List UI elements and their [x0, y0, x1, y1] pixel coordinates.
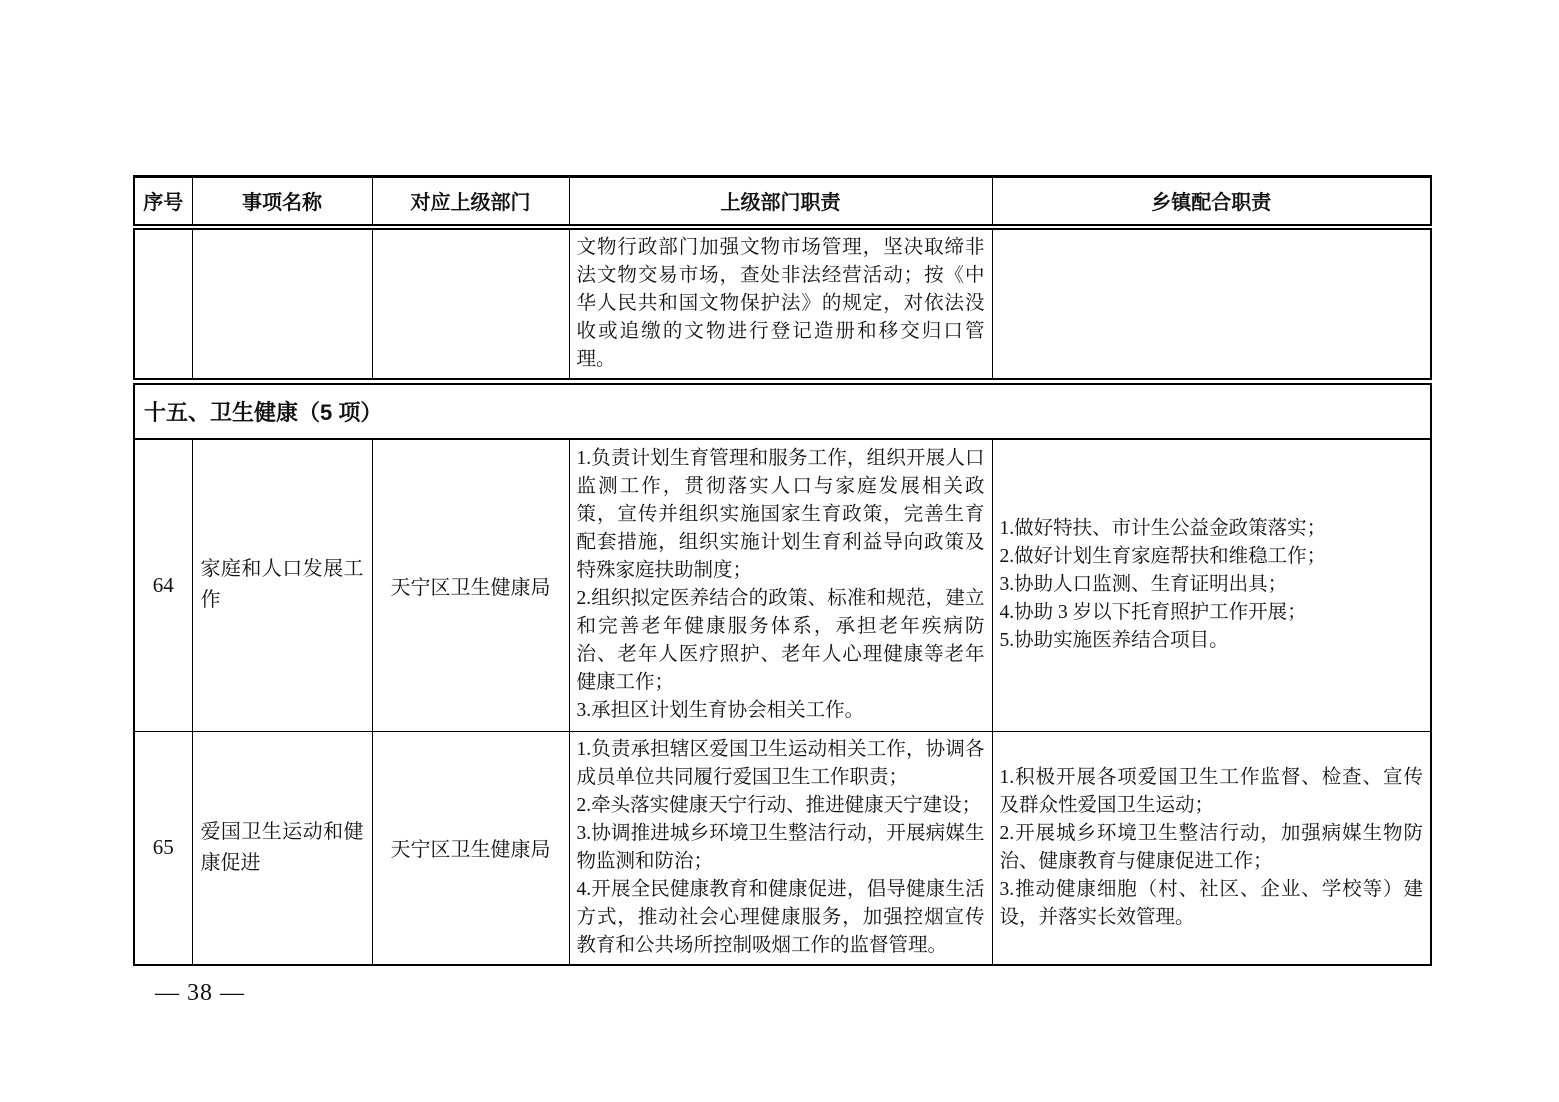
superior-duties-cell: 1.负责承担辖区爱国卫生运动相关工作，协调各成员单位共同履行爱国卫生工作职责； …: [569, 731, 992, 965]
section-header-row: 十五、卫生健康（5 项）: [134, 381, 1431, 439]
township-duties-cell: 1.做好特扶、市计生公益金政策落实； 2.做好计划生育家庭帮扶和维稳工作； 3.…: [992, 439, 1431, 731]
carryover-seq-cell: [134, 227, 192, 382]
table-row: 65 爱国卫生运动和健康促进 天宁区卫生健康局 1.负责承担辖区爱国卫生运动相关…: [134, 731, 1431, 965]
header-row: 序号 事项名称 对应上级部门 上级部门职责 乡镇配合职责: [134, 177, 1431, 227]
table-row: 64 家庭和人口发展工作 天宁区卫生健康局 1.负责计划生育管理和服务工作，组织…: [134, 439, 1431, 731]
section-title: 十五、卫生健康（5 项）: [134, 381, 1431, 439]
township-duties-cell: 1.积极开展各项爱国卫生工作监督、检查、宣传及群众性爱国卫生运动； 2.开展城乡…: [992, 731, 1431, 965]
carryover-dept-cell: [372, 227, 569, 382]
dept-cell: 天宁区卫生健康局: [372, 439, 569, 731]
header-cell-superior-duties: 上级部门职责: [569, 177, 992, 227]
carryover-superior-duties-cell: 文物行政部门加强文物市场管理，坚决取缔非法文物交易市场，查处非法经营活动；按《中…: [569, 227, 992, 382]
duties-table: 序号 事项名称 对应上级部门 上级部门职责 乡镇配合职责 文物行政部门加强文物市…: [133, 175, 1432, 966]
seq-cell: 65: [134, 731, 192, 965]
carryover-row: 文物行政部门加强文物市场管理，坚决取缔非法文物交易市场，查处非法经营活动；按《中…: [134, 227, 1431, 382]
seq-cell: 64: [134, 439, 192, 731]
item-name-cell: 家庭和人口发展工作: [192, 439, 372, 731]
item-name-cell: 爱国卫生运动和健康促进: [192, 731, 372, 965]
header-cell-superior-dept: 对应上级部门: [372, 177, 569, 227]
carryover-item-name-cell: [192, 227, 372, 382]
document-page: 序号 事项名称 对应上级部门 上级部门职责 乡镇配合职责 文物行政部门加强文物市…: [0, 0, 1559, 1102]
header-cell-seq: 序号: [134, 177, 192, 227]
page-number: — 38 —: [155, 980, 245, 1007]
dept-cell: 天宁区卫生健康局: [372, 731, 569, 965]
header-cell-item-name: 事项名称: [192, 177, 372, 227]
superior-duties-cell: 1.负责计划生育管理和服务工作，组织开展人口监测工作，贯彻落实人口与家庭发展相关…: [569, 439, 992, 731]
header-cell-township-duties: 乡镇配合职责: [992, 177, 1431, 227]
carryover-township-duties-cell: [992, 227, 1431, 382]
